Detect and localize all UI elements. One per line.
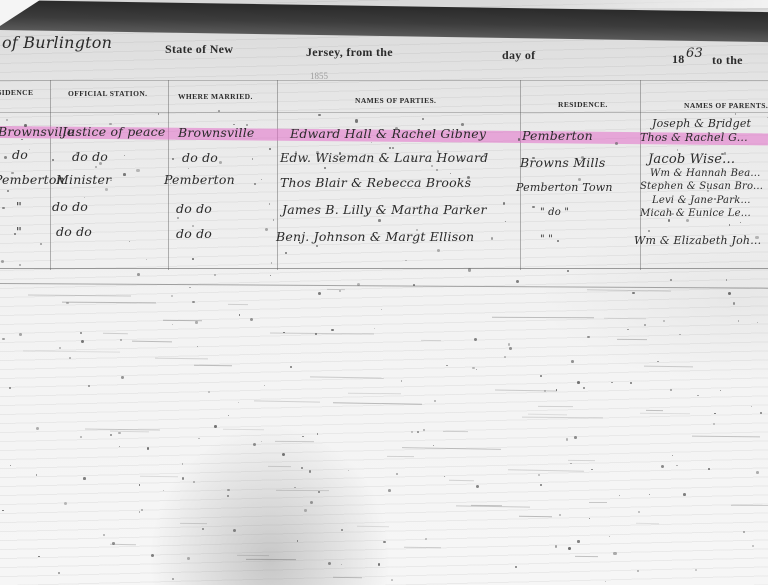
scan-speck (567, 270, 569, 272)
scan-speck (411, 431, 413, 433)
scan-speck (391, 579, 393, 581)
scan-speck (491, 237, 494, 240)
scan-speck (648, 230, 650, 232)
scan-speck (182, 477, 184, 479)
scan-speck (695, 569, 697, 571)
cell-parties: Benj. Johnson & Margt Ellison (276, 229, 474, 244)
scan-speck (581, 156, 584, 159)
scan-speck (195, 321, 197, 323)
scan-speck (676, 465, 678, 467)
scan-speck (474, 338, 477, 341)
scan-speck (446, 365, 447, 366)
scan-speck (627, 329, 629, 331)
scan-speck (416, 229, 418, 231)
scan-scratch (456, 505, 530, 507)
scan-speck (88, 385, 90, 387)
scan-speck (632, 292, 635, 295)
scan-speck (686, 219, 689, 222)
scan-speck (579, 160, 581, 162)
scan-speck (254, 183, 256, 185)
column-header-where-married: WHERE MARRIED. (178, 92, 253, 101)
scan-speck (668, 219, 670, 221)
scan-speck (208, 391, 210, 393)
cell-official-station: do do (56, 224, 92, 239)
scan-speck (2, 510, 3, 511)
scan-scratch (617, 338, 647, 339)
scan-speck (214, 274, 216, 276)
scan-scratch (568, 460, 595, 461)
scan-speck (253, 443, 256, 446)
state-label: State of New (165, 42, 233, 57)
scan-speck (392, 147, 394, 149)
scan-speck (733, 302, 736, 305)
scan-speck (331, 329, 333, 331)
cell-parties: Thos Blair & Rebecca Brooks (280, 175, 471, 190)
cell-residence: Pemberton Town (516, 181, 613, 194)
scan-speck (708, 468, 710, 470)
header-rule-bottom (0, 112, 768, 113)
scan-speck (378, 563, 381, 566)
scan-speck (95, 166, 97, 168)
scan-scratch (194, 365, 232, 366)
scan-edge-highlight (508, 0, 768, 8)
scan-scratch (275, 441, 314, 442)
scan-speck (389, 147, 391, 149)
scan-speck (124, 155, 125, 156)
scan-scratch (604, 317, 646, 319)
scan-scratch (492, 317, 594, 319)
scan-speck (644, 324, 646, 326)
scan-scratch (28, 295, 131, 297)
scan-scratch (508, 470, 584, 472)
scan-scratch (449, 480, 474, 481)
scan-speck (14, 233, 16, 235)
scan-speck (450, 173, 452, 175)
scan-speck (9, 387, 11, 389)
scan-speck (613, 552, 616, 555)
scan-speck (297, 540, 299, 542)
scan-speck (261, 179, 262, 180)
scan-speck (227, 489, 229, 491)
scan-speck (285, 252, 287, 254)
scanned-register-page: of Burlington State of New Jersey, from … (0, 0, 768, 585)
scan-corner (0, 0, 40, 26)
scan-scratch (333, 577, 362, 578)
scan-speck (425, 538, 427, 540)
scan-speck (605, 581, 606, 582)
scan-speck (202, 528, 204, 530)
scan-speck (630, 382, 632, 384)
scan-scratch (268, 466, 291, 467)
scan-scratch (640, 412, 690, 413)
scan-speck (540, 484, 542, 486)
scan-speck (21, 139, 23, 141)
scan-speck (318, 114, 320, 116)
scan-speck (219, 161, 222, 164)
scan-speck (290, 366, 292, 368)
scan-speck (81, 340, 84, 343)
scan-scratch (528, 414, 567, 416)
scan-speck (294, 487, 295, 488)
scan-scratch (163, 320, 202, 322)
scan-speck (273, 219, 274, 220)
scan-speck (264, 385, 265, 386)
scan-speck (129, 241, 130, 242)
scan-speck (468, 268, 471, 271)
scan-speck (252, 158, 253, 159)
column-divider (520, 80, 521, 270)
scan-scratch (646, 410, 663, 411)
scan-speck (729, 224, 731, 226)
scan-speck (121, 376, 123, 378)
scan-speck (371, 142, 373, 144)
year-prefix: 18 (672, 52, 685, 67)
scan-speck (670, 279, 673, 282)
scan-speck (158, 113, 160, 115)
scan-speck (84, 197, 85, 198)
scan-scratch (310, 376, 384, 378)
scan-speck (29, 149, 30, 150)
day-label: day of (502, 48, 535, 63)
scan-speck (10, 465, 11, 466)
scan-scratch (140, 476, 178, 478)
scan-scratch (402, 447, 501, 450)
scan-scratch (327, 289, 345, 290)
scan-speck (317, 433, 318, 434)
scan-speck (503, 202, 505, 204)
cell-parents-line2: Wm & Hannah Bea... (650, 168, 761, 179)
scan-speck (69, 357, 71, 359)
scan-speck (19, 264, 21, 266)
scan-speck (147, 447, 149, 449)
scan-speck (141, 509, 143, 511)
scan-speck (383, 541, 385, 543)
scan-speck (233, 529, 236, 532)
scan-speck (99, 162, 102, 165)
scan-speck (64, 502, 67, 505)
scan-speck (422, 118, 424, 120)
scan-speck (637, 570, 640, 573)
scan-scratch (538, 406, 573, 407)
scan-speck (109, 123, 111, 125)
scan-speck (324, 167, 326, 169)
cell-parents-line1: Micah & Eunice Le... (640, 208, 751, 219)
scan-speck (304, 509, 306, 511)
scan-speck (228, 415, 229, 416)
column-header-residence: RESIDENCE. (558, 100, 608, 109)
scan-speck (619, 495, 621, 497)
scan-speck (36, 427, 39, 430)
scan-speck (735, 113, 737, 115)
scan-speck (476, 369, 478, 371)
scan-speck (271, 262, 273, 264)
scan-speck (2, 207, 4, 209)
scan-speck (146, 259, 147, 260)
scan-speck (4, 156, 7, 159)
scan-speck (136, 169, 139, 172)
column-header-names-of-parties: NAMES OF PARTIES. (355, 96, 436, 105)
scan-speck (7, 190, 9, 192)
scan-speck (518, 138, 521, 141)
scan-speck (515, 566, 517, 568)
scan-scratch (254, 400, 320, 402)
scan-speck (309, 470, 311, 472)
scan-speck (83, 477, 86, 480)
scan-speck (638, 511, 640, 513)
scan-speck (413, 284, 415, 286)
scan-speck (269, 203, 270, 204)
scan-speck (396, 473, 398, 475)
scan-speck (405, 260, 406, 261)
scan-scratch (333, 402, 422, 404)
scan-speck (677, 149, 678, 150)
scan-speck (2, 338, 4, 340)
scan-speck (697, 395, 699, 397)
scan-scratch (522, 417, 603, 419)
scan-speck (721, 153, 723, 155)
scan-speck (555, 545, 557, 547)
scan-speck (504, 356, 506, 358)
scan-speck (1, 260, 4, 263)
cell-where-married: Brownsville (178, 125, 255, 140)
scan-scratch (270, 332, 374, 334)
scan-speck (587, 336, 590, 339)
scan-scratch (587, 289, 671, 291)
scan-speck (339, 152, 341, 154)
scan-speck (657, 361, 658, 362)
scan-speck (707, 190, 709, 192)
scan-speck (76, 152, 78, 154)
cell-where-married: do do (182, 150, 218, 165)
scan-speck (163, 490, 164, 491)
scan-speck (197, 346, 198, 347)
scan-speck (663, 320, 665, 322)
scan-speck (540, 375, 542, 377)
scan-scratch (387, 456, 414, 457)
scan-speck (341, 529, 343, 531)
scan-speck (670, 389, 672, 391)
scan-speck (571, 360, 574, 363)
cell-official-station: do do (52, 199, 88, 214)
scan-speck (139, 484, 140, 485)
scan-speck (348, 470, 349, 471)
scan-speck (198, 438, 199, 439)
scan-speck (6, 119, 8, 121)
scan-speck (355, 119, 358, 122)
scan-speck (341, 564, 342, 565)
scan-speck (589, 518, 591, 520)
scan-scratch (155, 357, 208, 359)
scan-speck (615, 142, 618, 145)
scan-speck (261, 441, 262, 442)
scan-speck (661, 465, 664, 468)
cell-residence: Pemberton (522, 128, 593, 143)
scan-speck (505, 221, 506, 222)
scan-speck (139, 511, 141, 513)
scan-speck (672, 455, 674, 457)
scan-speck (119, 446, 120, 447)
scan-scratch (132, 341, 172, 343)
scan-speck (423, 429, 425, 431)
scan-speck (120, 339, 122, 341)
scan-speck (566, 438, 569, 441)
column-header-officiant-residence: RESIDENCE (0, 88, 33, 97)
scan-speck (751, 406, 752, 407)
scan-speck (171, 295, 173, 297)
scan-speck (40, 243, 42, 245)
scan-speck (105, 188, 108, 191)
scan-speck (538, 474, 540, 476)
cell-officiant-residence: do (12, 147, 28, 162)
scan-speck (182, 463, 184, 465)
cell-residence: " " (540, 234, 553, 245)
cell-where-married: Pemberton (164, 172, 235, 187)
scan-speck (401, 380, 403, 382)
cell-where-married: do do (176, 201, 212, 216)
column-header-official-station: OFFICIAL STATION. (68, 89, 147, 98)
scan-speck (516, 280, 519, 283)
scan-speck (137, 273, 140, 276)
scan-speck (151, 554, 154, 557)
scan-speck (172, 158, 174, 160)
scan-speck (434, 400, 435, 401)
scan-speck (316, 151, 319, 154)
scan-speck (591, 469, 592, 470)
scan-speck (328, 562, 331, 565)
scan-scratch (636, 523, 659, 524)
scan-speck (36, 474, 38, 476)
cell-officiant-residence: " (16, 199, 22, 214)
scan-speck (189, 287, 191, 289)
cell-parties: James B. Lilly & Martha Parker (282, 202, 487, 217)
scan-scratch (246, 559, 296, 560)
scan-speck (282, 453, 285, 456)
scan-speck (726, 279, 728, 281)
scan-scratch (223, 429, 264, 431)
table-rule-end (0, 268, 768, 269)
scan-speck (59, 347, 61, 349)
scan-speck (110, 434, 112, 436)
scan-scratch (421, 340, 441, 341)
scan-scratch (110, 544, 136, 545)
scan-scratch (644, 365, 693, 367)
scan-speck (412, 157, 415, 160)
scan-speck (52, 159, 54, 161)
scan-speck (743, 531, 745, 533)
scan-speck (364, 154, 366, 156)
scan-scratch (276, 490, 329, 491)
scan-speck (110, 180, 111, 181)
scan-speck (378, 219, 381, 222)
scan-speck (177, 217, 179, 219)
scan-speck (395, 127, 398, 130)
scan-scratch (357, 526, 389, 528)
cell-parties: Edward Hall & Rachel Gibney (290, 126, 486, 141)
scan-scratch (103, 333, 128, 334)
scan-scratch (443, 431, 468, 432)
scan-speck (467, 176, 470, 179)
scan-speck (227, 495, 229, 497)
scan-speck (381, 309, 382, 310)
scan-speck (577, 381, 580, 384)
scan-speck (752, 545, 754, 547)
scan-speck (388, 489, 391, 492)
scan-speck (720, 390, 721, 391)
scan-speck (193, 481, 195, 483)
scan-speck (508, 343, 510, 345)
scan-speck (568, 547, 571, 550)
scan-speck (318, 292, 321, 295)
scan-speck (238, 402, 239, 403)
cell-parents-line2: Levi & Jane Park... (652, 195, 751, 206)
scan-scratch (228, 304, 248, 305)
scan-speck (716, 126, 719, 129)
scan-speck (714, 413, 716, 415)
scan-speck (188, 168, 189, 169)
scan-speck (218, 110, 220, 112)
scan-speck (11, 172, 14, 175)
scan-speck (577, 540, 579, 542)
cell-parents-line1: Stephen & Susan Bro... (640, 181, 763, 192)
column-header-names-of-parents: NAMES OF PARENTS. (684, 101, 768, 110)
scan-speck (374, 328, 375, 329)
state-label-cont: Jersey, from the (306, 45, 393, 60)
scan-speck (436, 169, 438, 171)
cell-parents-line1: Wm & Elizabeth Joh... (634, 234, 761, 247)
scan-speck (80, 436, 82, 438)
scan-speck (509, 347, 512, 350)
to-label: to the (712, 53, 743, 68)
county-handwritten: of Burlington (2, 33, 112, 52)
scan-speck (583, 387, 585, 389)
scan-scratch (237, 555, 269, 556)
scan-scratch (692, 436, 760, 438)
cell-where-married: do do (176, 226, 212, 241)
cell-official-station: Minister (56, 172, 111, 187)
scan-speck (80, 332, 82, 334)
scan-speck (301, 467, 303, 469)
scan-scratch (519, 516, 552, 517)
scan-speck (38, 556, 39, 557)
scan-scratch (23, 350, 120, 352)
scan-speck (472, 367, 475, 370)
scan-speck (192, 301, 194, 303)
scan-speck (760, 412, 762, 414)
scan-scratch (731, 505, 768, 507)
scan-speck (570, 463, 571, 464)
scan-speck (609, 536, 610, 537)
scan-speck (683, 493, 686, 496)
scan-speck (679, 334, 681, 336)
scan-speck (123, 173, 126, 176)
scan-speck (611, 382, 612, 383)
scan-scratch (180, 522, 207, 523)
scan-speck (755, 236, 758, 239)
scan-speck (310, 501, 313, 504)
scan-speck (172, 578, 174, 580)
scan-scratch (495, 389, 557, 391)
table-rule-end-2 (0, 283, 768, 289)
scan-speck (476, 485, 479, 488)
scan-speck (192, 258, 194, 260)
scan-speck (728, 292, 731, 295)
scan-scratch (62, 302, 156, 304)
scan-scratch (348, 393, 401, 394)
cell-parents-line2: Thos & Rachel G... (640, 131, 748, 144)
scan-speck (738, 320, 740, 322)
scan-speck (118, 432, 120, 434)
cell-residence: " do " (540, 207, 569, 218)
